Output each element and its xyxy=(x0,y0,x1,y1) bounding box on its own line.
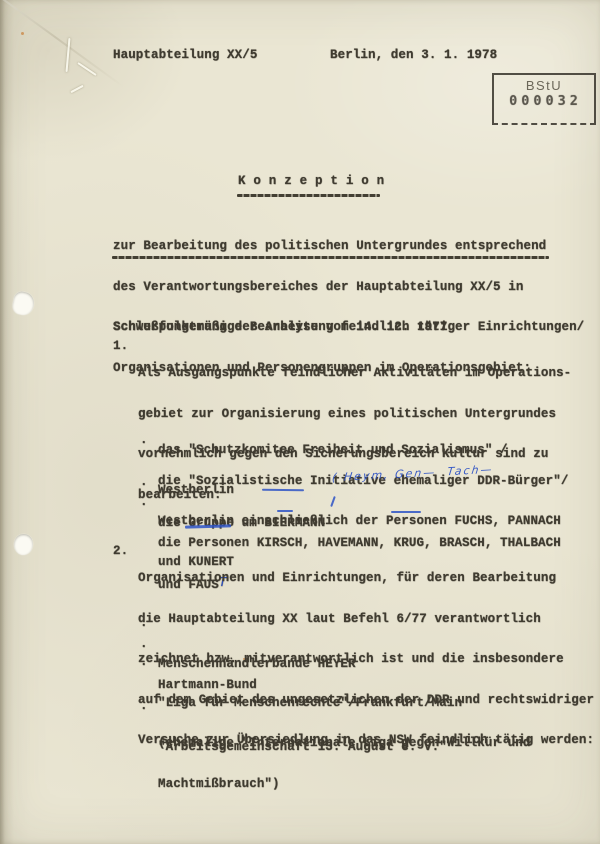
paper-crease xyxy=(0,0,124,88)
stamp-org-label: BStU xyxy=(494,78,594,93)
bullet-dot: . xyxy=(140,476,148,490)
bullet-dot: . xyxy=(140,700,148,714)
date-line: Berlin, den 3. 1. 1978 xyxy=(330,49,497,63)
subtitle-line: des Verantwortungsbereiches der Hauptabt… xyxy=(113,281,546,295)
blue-underline-krug xyxy=(391,511,421,513)
bullet-dot: . xyxy=(140,638,148,652)
bstu-stamp: BStU 000032 xyxy=(492,73,596,125)
bullet-dot: . xyxy=(140,496,148,510)
punch-hole-bottom xyxy=(14,534,33,555)
staple-mark xyxy=(70,85,83,93)
list-item-arbeitsgemeinschaft: . "Arbeitsgemeinschaft 13. August e. V." xyxy=(158,700,447,781)
stamp-page-number: 000032 xyxy=(494,94,594,109)
subtitle-underline xyxy=(112,256,549,259)
bullet-dot: . xyxy=(140,617,148,631)
blue-underline-biermann xyxy=(262,489,304,491)
blue-dash-kirsch xyxy=(277,510,293,512)
section-2-number: 2. xyxy=(113,545,128,559)
bullet-dot: . xyxy=(140,434,148,448)
section-2-line: Organisationen und Einrichtungen, für de… xyxy=(138,572,594,586)
intro-line: Schwerpunktmäßige Bearbeitung feindlich … xyxy=(113,321,584,335)
punch-hole-top xyxy=(11,290,36,317)
title-underline xyxy=(237,194,380,197)
section-1-line: Als Ausgangspunkte feindlicher Aktivität… xyxy=(138,367,571,381)
list-item-line: "Arbeitsgemeinschaft 13. August e. V." xyxy=(158,741,447,755)
document-title: K o n z e p t i o n xyxy=(238,175,384,189)
bullet-dot: . xyxy=(140,403,148,417)
section-1-number: 1. xyxy=(113,340,128,354)
department-line: Hauptabteilung XX/5 xyxy=(113,49,257,63)
scanned-document-page: Hauptabteilung XX/5 Berlin, den 3. 1. 19… xyxy=(0,0,600,844)
paper-speck xyxy=(21,32,24,35)
bullet-dot: . xyxy=(140,656,148,670)
subtitle-line: zur Bearbeitung des politischen Untergru… xyxy=(113,240,546,254)
